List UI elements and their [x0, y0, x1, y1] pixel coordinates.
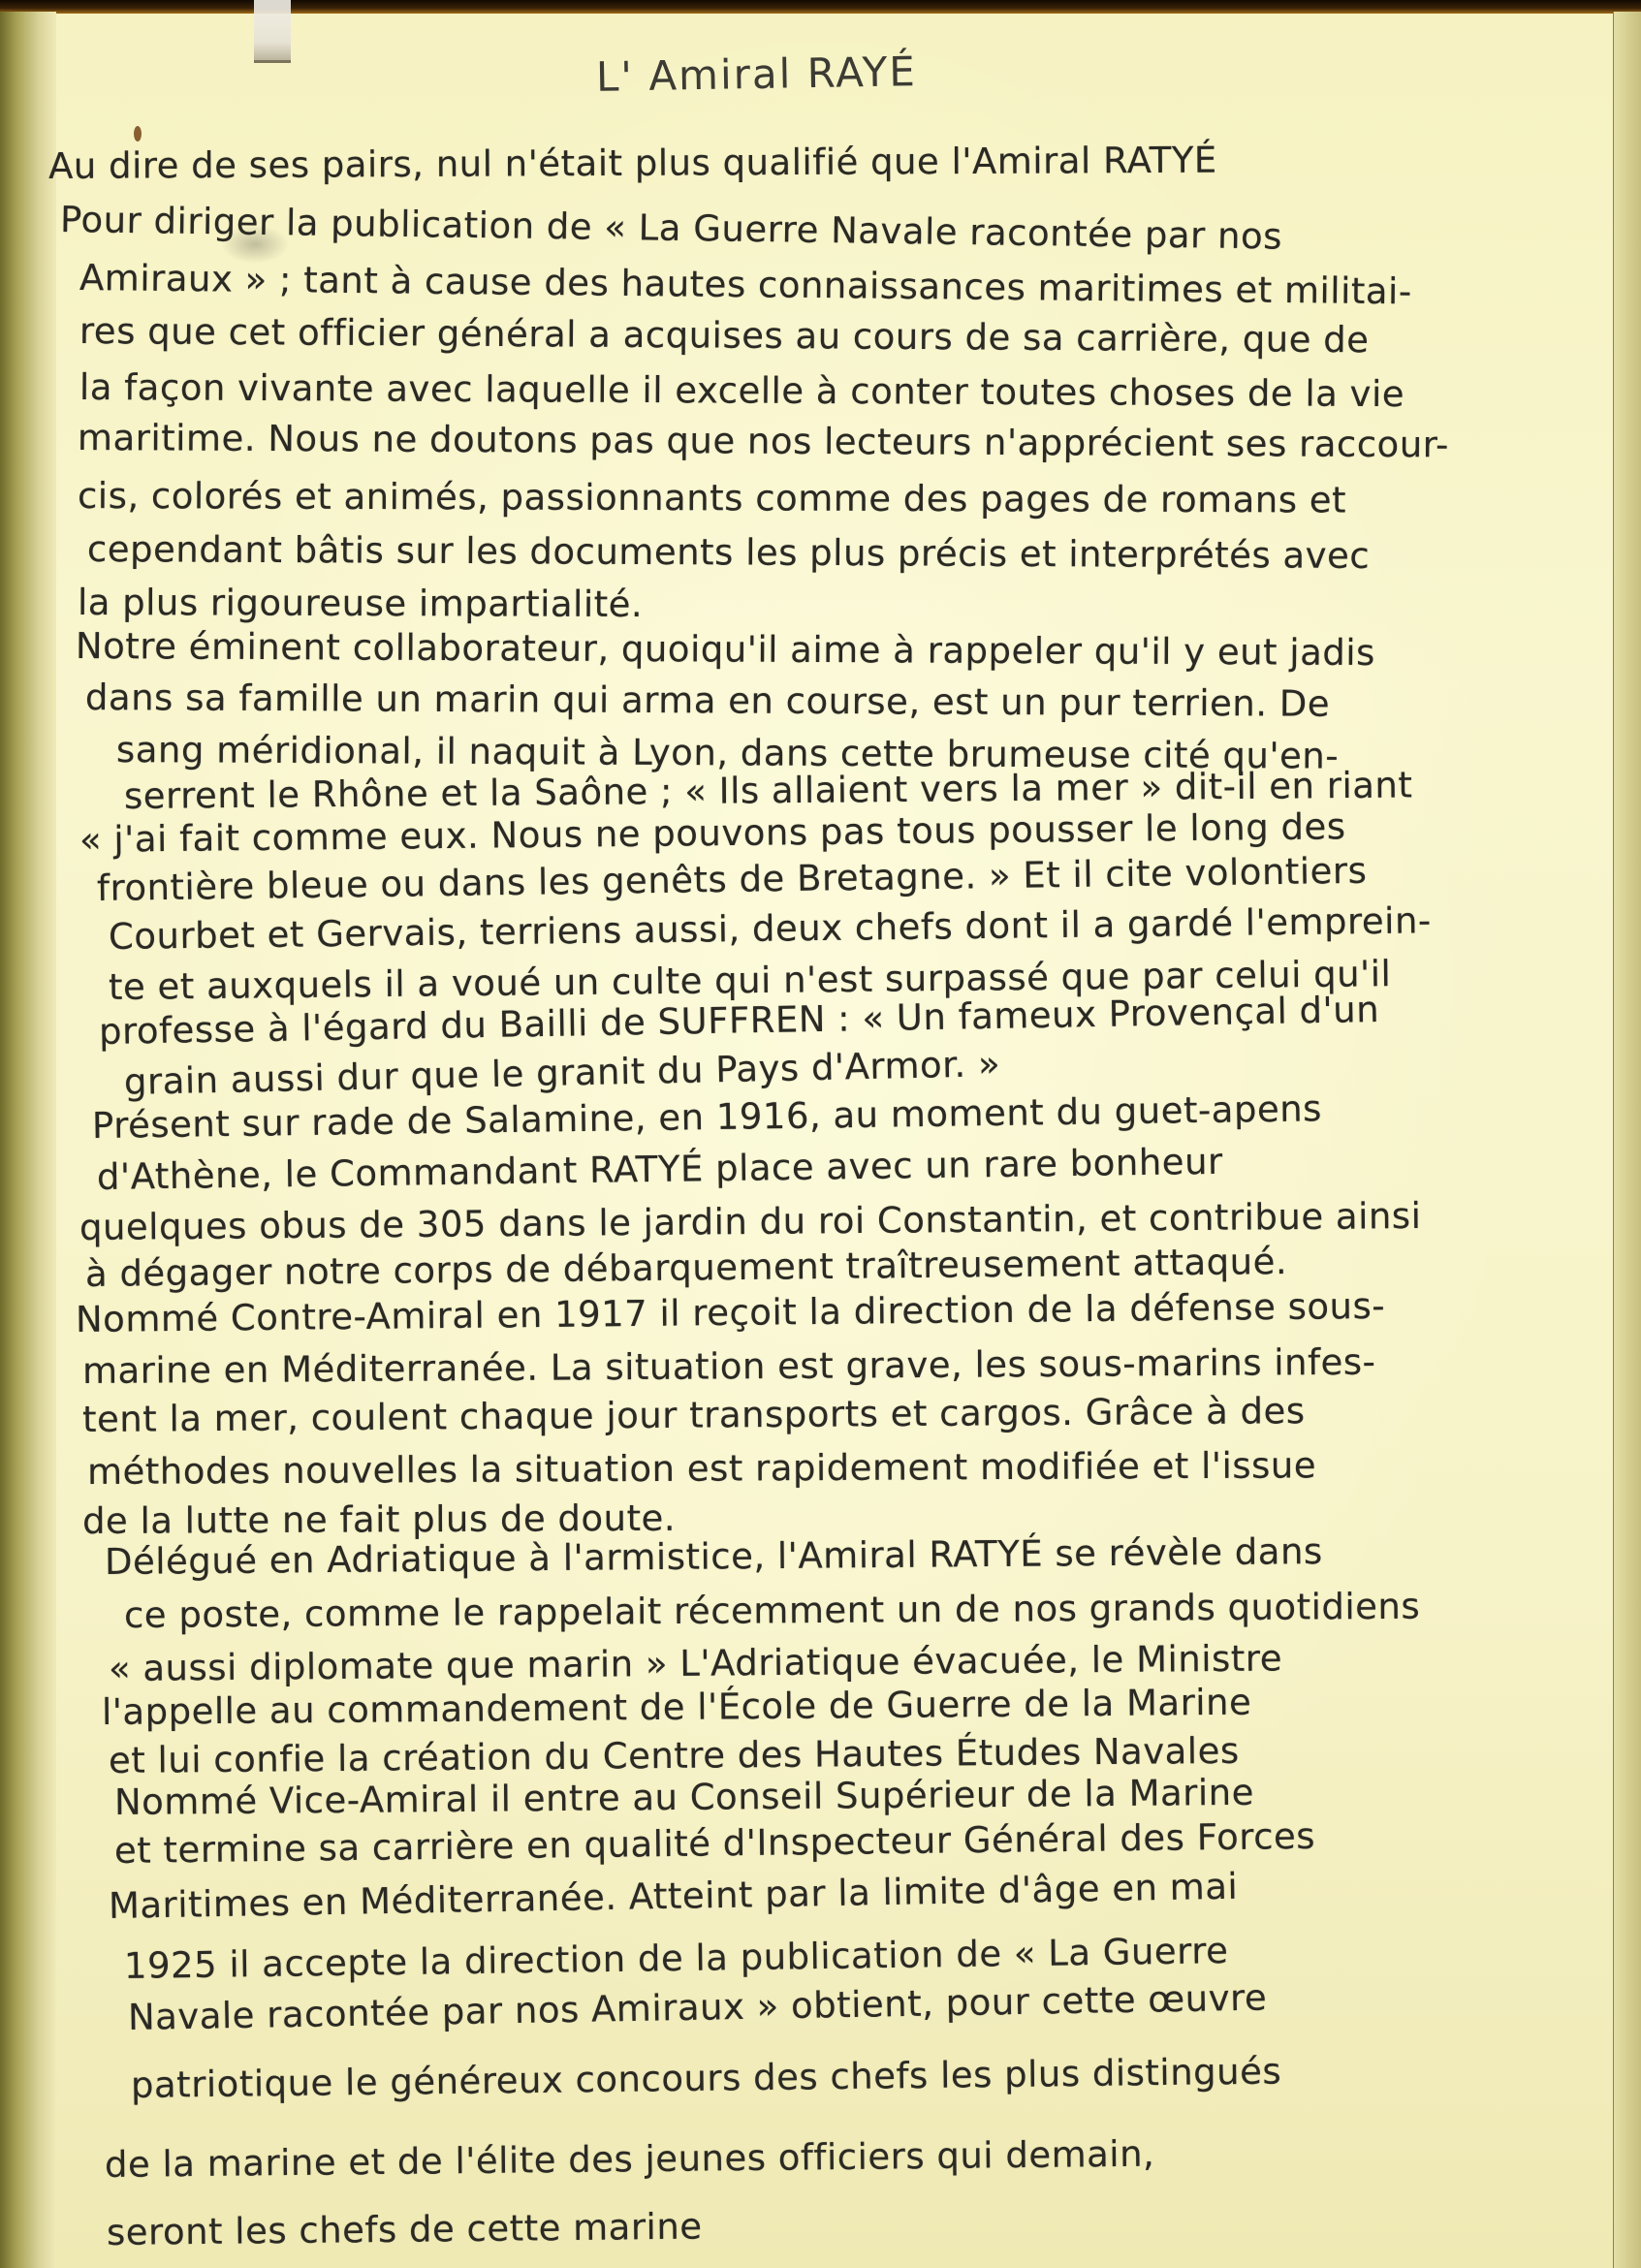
ink-stain — [134, 126, 142, 142]
text-line: marine en Méditerranée. La situation est… — [82, 1341, 1376, 1392]
text-line: seront les chefs de cette marine — [107, 2206, 703, 2253]
text-line: Notre éminent collaborateur, quoiqu'il a… — [76, 625, 1375, 674]
text-line: la façon vivante avec laquelle il excell… — [79, 366, 1404, 415]
text-line: 1925 il accepte la direction de la publi… — [124, 1930, 1229, 1987]
text-line: de la lutte ne fait plus de doute. — [82, 1497, 676, 1542]
text-line: Nommé Contre-Amiral en 1917 il reçoit la… — [76, 1285, 1386, 1340]
text-line: cependant bâtis sur les documents les pl… — [87, 528, 1370, 577]
text-line: frontière bleue ou dans les genêts de Br… — [97, 850, 1368, 909]
top-binding-edge — [0, 0, 1641, 14]
text-line: Maritimes en Méditerranée. Atteint par l… — [109, 1866, 1239, 1927]
text-line: res que cet officier général a acquises … — [79, 310, 1370, 361]
text-line: méthodes nouvelles la situation est rapi… — [87, 1444, 1316, 1493]
text-line: la plus rigoureuse impartialité. — [78, 582, 643, 625]
text-line: et termine sa carrière en qualité d'Insp… — [114, 1815, 1316, 1872]
handwritten-page: L' Amiral RAYÉ Au dire de ses pairs, nul… — [0, 0, 1641, 2268]
text-line: patriotique le généreux concours des che… — [131, 2050, 1282, 2106]
text-line: d'Athène, le Commandant RATYÉ place avec… — [97, 1141, 1223, 1198]
text-line: ce poste, comme le rappelait récemment u… — [124, 1586, 1420, 1636]
text-line: à dégager notre corps de débarquement tr… — [85, 1241, 1288, 1295]
text-line: cis, colorés et animés, passionnants com… — [78, 475, 1346, 521]
right-page-edge — [1613, 12, 1641, 2268]
left-page-edge — [0, 12, 56, 2268]
text-line: Navale racontée par nos Amiraux » obtien… — [128, 1976, 1268, 2038]
text-line: maritime. Nous ne doutons pas que nos le… — [78, 417, 1449, 465]
page-title: L' Amiral RAYÉ — [596, 47, 918, 101]
text-line: de la marine et de l'élite des jeunes of… — [105, 2133, 1155, 2186]
text-line: dans sa famille un marin qui arma en cou… — [85, 677, 1330, 725]
text-line: l'appelle au commandement de l'École de … — [102, 1682, 1252, 1733]
adhesive-tape — [254, 0, 291, 63]
text-line: Au dire de ses pairs, nul n'était plus q… — [48, 140, 1217, 187]
text-line: Amiraux » ; tant à cause des hautes conn… — [79, 257, 1412, 312]
text-line: Courbet et Gervais, terriens aussi, deux… — [109, 899, 1432, 958]
text-line: tent la mer, coulent chaque jour transpo… — [82, 1390, 1306, 1440]
text-line: Nommé Vice-Amiral il entre au Conseil Su… — [114, 1772, 1254, 1823]
